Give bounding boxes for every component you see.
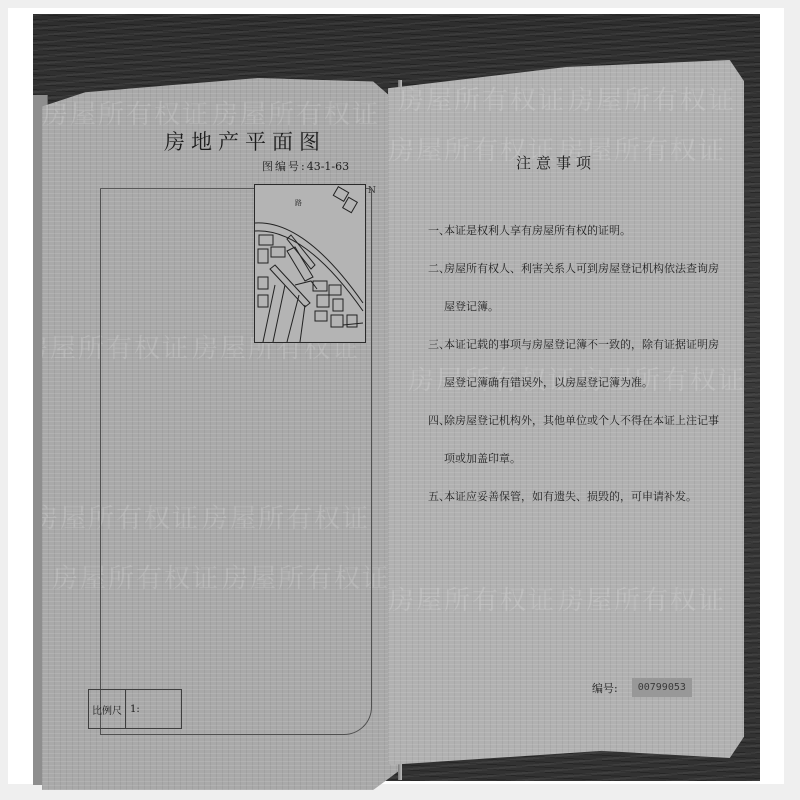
note-text: 房屋所有权人、利害关系人可到房屋登记机构依法查询房屋登记簿。	[428, 250, 728, 326]
serial-label: 编号:	[592, 680, 618, 696]
certificate-serial: 编号: 00799053	[592, 678, 692, 697]
map-number-label: 图编号:	[262, 160, 307, 173]
left-page-floor-plan: 房屋所有权证 房屋所有权证 房屋所有权证 房屋所有权证 房屋所有权证 房屋所有权…	[42, 78, 402, 790]
note-number: 四、	[428, 402, 450, 440]
note-item: 四、 除房屋登记机构外，其他单位或个人不得在本证上注记事项或加盖印章。	[428, 402, 728, 478]
serial-value: 00799053	[632, 678, 692, 697]
note-number: 一、	[428, 212, 450, 250]
note-number: 五、	[428, 478, 450, 516]
map-number-value: 43-1-63	[307, 160, 349, 173]
site-plan-drawing: 路	[255, 185, 365, 342]
watermark: 房屋所有权证	[568, 80, 736, 117]
north-marker: N	[368, 186, 376, 196]
scale-value: 1:	[126, 690, 181, 728]
watermark: 房屋所有权证	[558, 580, 726, 617]
right-page-notes: 房屋所有权证 房屋所有权证 房屋所有权证 房屋所有权证 房屋所有权证 房屋所有权…	[388, 60, 744, 765]
note-text: 除房屋登记机构外，其他单位或个人不得在本证上注记事项或加盖印章。	[428, 402, 728, 478]
notes-list: 一、 本证是权利人享有房屋所有权的证明。 二、 房屋所有权人、利害关系人可到房屋…	[428, 212, 728, 516]
notes-title: 注意事项	[516, 152, 596, 173]
note-item: 二、 房屋所有权人、利害关系人可到房屋登记机构依法查询房屋登记簿。	[428, 250, 728, 326]
watermark: 房屋所有权证	[398, 80, 566, 117]
note-text: 本证记载的事项与房屋登记簿不一致的，除有证据证明房屋登记簿确有错误外，以房屋登记…	[428, 326, 728, 402]
scale-label: 比例尺	[89, 690, 126, 728]
map-number: 图编号:43-1-63	[262, 158, 349, 174]
site-plan-map: 路	[254, 184, 366, 343]
svg-text:路: 路	[295, 198, 302, 207]
note-text: 本证应妥善保管，如有遗失、损毁的，可申请补发。	[428, 478, 728, 516]
note-number: 三、	[428, 326, 450, 364]
note-text: 本证是权利人享有房屋所有权的证明。	[428, 212, 728, 250]
watermark: 房屋所有权证	[388, 580, 556, 617]
scale-box: 比例尺 1:	[88, 689, 182, 729]
note-item: 五、 本证应妥善保管，如有遗失、损毁的，可申请补发。	[428, 478, 728, 516]
note-item: 一、 本证是权利人享有房屋所有权的证明。	[428, 212, 728, 250]
note-item: 三、 本证记载的事项与房屋登记簿不一致的，除有证据证明房屋登记簿确有错误外，以房…	[428, 326, 728, 402]
note-number: 二、	[428, 250, 450, 288]
page-title: 房地产平面图	[164, 126, 326, 156]
